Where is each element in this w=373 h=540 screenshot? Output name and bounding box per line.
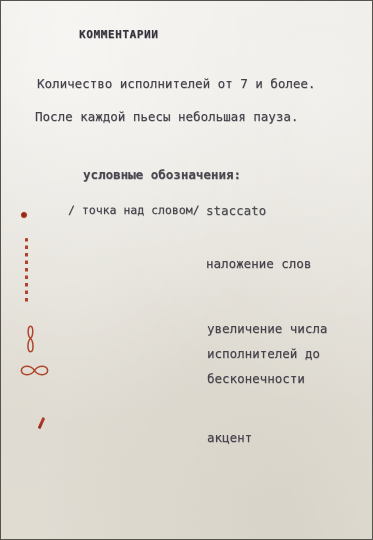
staccato-term: staccato xyxy=(206,204,266,218)
infinity-icon xyxy=(19,362,50,379)
infinity-term-line2: исполнителей до xyxy=(207,347,320,361)
accent-term: акцент xyxy=(207,431,252,445)
overlap-term: наложение слов xyxy=(206,257,311,271)
accent-mark-icon xyxy=(38,417,45,429)
paragraph-pause: После каждой пьесы небольшая пауза. xyxy=(35,110,298,124)
staccato-notation: / точка над словом/ xyxy=(68,203,200,217)
figure-eight-icon xyxy=(24,324,37,354)
page-title: КОММЕНТАРИИ xyxy=(79,28,158,42)
staccato-dot-icon xyxy=(21,212,27,218)
infinity-term-line3: бесконечности xyxy=(207,372,305,386)
legend-heading: условные обозначения: xyxy=(83,168,241,182)
scanned-document-page: КОММЕНТАРИИ Количество исполнителей от 7… xyxy=(0,0,373,540)
infinity-term-line1: увеличение числа xyxy=(207,322,327,336)
dotted-vertical-line-icon xyxy=(25,238,28,304)
paragraph-performers: Количество исполнителей от 7 и более. xyxy=(37,77,315,91)
